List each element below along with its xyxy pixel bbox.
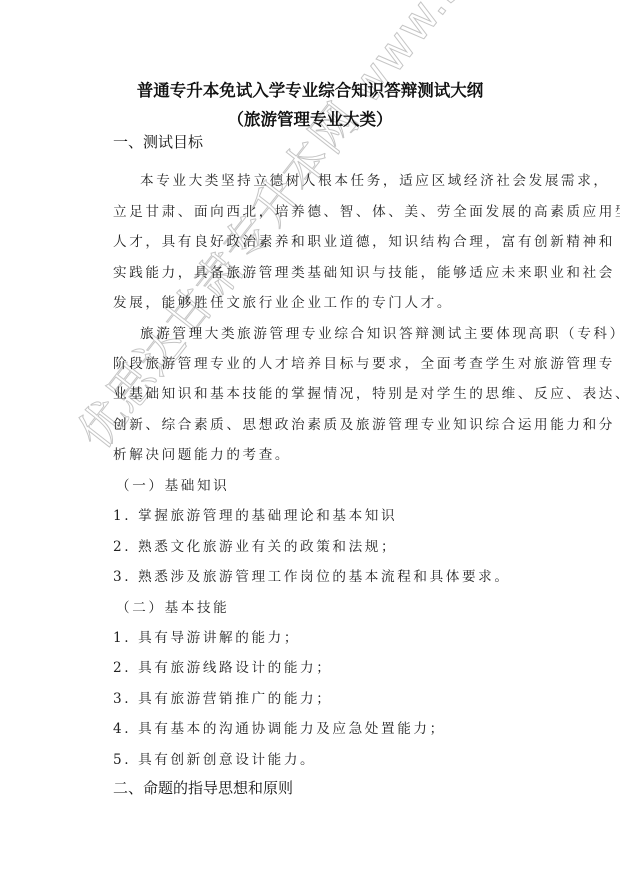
section-heading-guiding-principles: 二、命题的指导思想和原则 [113,777,293,798]
paragraph-line: 本专业大类坚持立德树人根本任务，适应区域经济社会发展需求， [140,169,610,189]
paragraph-line: 业基础知识和基本技能的掌握情况，特别是对学生的思维、反应、表达、 [113,382,620,402]
paragraph-line: 实践能力，具备旅游管理类基础知识与技能，能够适应未来职业和社会 [113,261,615,281]
paragraph-line: 发展，能够胜任文旅行业企业工作的专门人才。 [113,291,453,311]
subsection-heading-basic-skills: （二）基本技能 [116,596,229,616]
document-page: 优思达甘肃专升本网 www.55148.com 普通专升本免试入学专业综合知识答… [0,0,620,876]
section-heading-test-objectives: 一、测试目标 [113,131,203,152]
paragraph-line: 析解决问题能力的考查。 [113,443,291,463]
paragraph-line: 人才，具有良好政治素养和职业道德，知识结构合理，富有创新精神和 [113,230,615,250]
list-item: 4. 具有基本的沟通协调能力及应急处置能力； [113,717,446,737]
subsection-heading-basic-knowledge: （一）基础知识 [116,474,229,494]
paragraph-line: 阶段旅游管理专业的人才培养目标与要求，全面考查学生对旅游管理专 [113,352,615,372]
document-title: 普通专升本免试入学专业综合知识答辩测试大纲 [0,77,620,101]
list-item: 3. 具有旅游营销推广的能力； [113,687,332,707]
list-item: 3. 熟悉涉及旅游管理工作岗位的基本流程和具体要求。 [113,565,511,585]
paragraph-line: 立足甘肃、面向西北，培养德、智、体、美、劳全面发展的高素质应用型 [113,200,620,220]
document-subtitle: （旅游管理专业大类） [0,106,620,130]
list-item: 5. 具有创新创意设计能力。 [113,748,316,768]
paragraph-line: 创新、综合素质、思想政治素质及旅游管理专业知识综合运用能力和分 [113,413,615,433]
list-item: 2. 熟悉文化旅游业有关的政策和法规； [113,535,397,555]
list-item: 1. 具有导游讲解的能力； [113,626,300,646]
paragraph-line: 旅游管理大类旅游管理专业综合知识答辩测试主要体现高职（专科） [140,322,620,342]
list-item: 2. 具有旅游线路设计的能力； [113,656,332,676]
list-item: 1. 掌握旅游管理的基础理论和基本知识 [113,504,397,524]
